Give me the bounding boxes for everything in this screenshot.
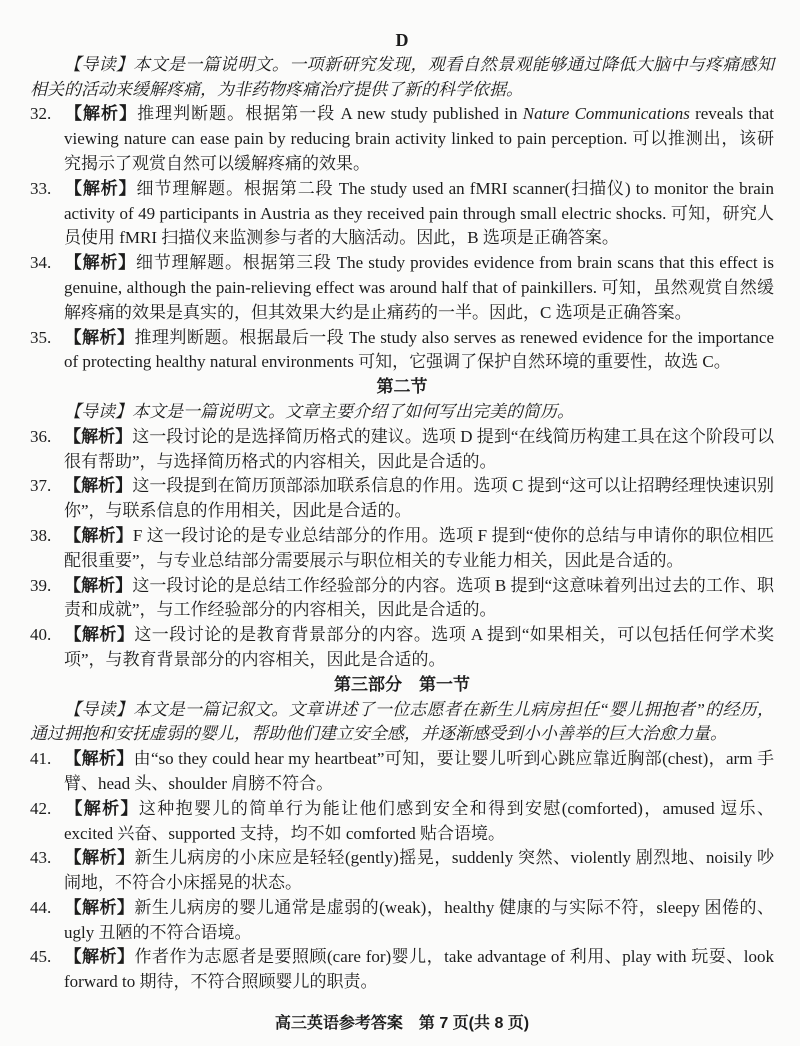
analysis-text-45: 作者作为志愿者是要照顾(care for)婴儿，take advantage o… [64, 947, 774, 991]
item-number-37: 37. [30, 474, 64, 499]
analysis-text-36: 这一段讨论的是选择简历格式的建议。选项 D 提到“在线简历构建工具在这个阶段可以… [64, 427, 774, 471]
journal-name-italic: Nature Communications [523, 104, 690, 123]
analysis-item-34: 34.【解析】细节理解题。根据第三段 The study provides ev… [30, 251, 774, 325]
analysis-text-43: 新生儿病房的小床应是轻轻(gently)摇晃，suddenly 突然、viole… [64, 848, 774, 892]
analysis-label-35: 【解析】 [64, 328, 134, 347]
analysis-label-40: 【解析】 [64, 625, 134, 644]
item-number-41: 41. [30, 747, 64, 772]
analysis-item-35: 35.【解析】推理判断题。根据最后一段 The study also serve… [30, 326, 774, 376]
analysis-text-35: 推理判断题。根据最后一段 The study also serves as re… [64, 328, 774, 372]
analysis-label-32: 【解析】 [64, 104, 137, 123]
analysis-item-32: 32.【解析】推理判断题。根据第一段 A new study published… [30, 102, 774, 176]
analysis-label-43: 【解析】 [64, 848, 135, 867]
intro-resume: 【导读】本文是一篇说明文。文章主要介绍了如何写出完美的简历。 [30, 400, 774, 425]
analysis-text-32-pre: 推理判断题。根据第一段 A new study published in [137, 104, 523, 123]
analysis-text-42: 这种抱婴儿的简单行为能让他们感到安全和得到安慰(comforted)，amuse… [64, 799, 774, 843]
intro-volunteer: 【导读】本文是一篇记叙文。文章讲述了一位志愿者在新生儿病房担任“婴儿拥抱者”的经… [30, 698, 774, 748]
analysis-label-36: 【解析】 [64, 427, 132, 446]
item-number-45: 45. [30, 945, 64, 970]
item-number-43: 43. [30, 846, 64, 871]
item-number-35: 35. [30, 326, 64, 351]
analysis-label-38: 【解析】 [64, 526, 133, 545]
analysis-label-34: 【解析】 [64, 253, 136, 272]
analysis-item-33: 33.【解析】细节理解题。根据第二段 The study used an fMR… [30, 177, 774, 251]
analysis-item-45: 45.【解析】作者作为志愿者是要照顾(care for)婴儿，take adva… [30, 945, 774, 995]
item-number-34: 34. [30, 251, 64, 276]
analysis-text-38: F 这一段讨论的是专业总结部分的作用。选项 F 提到“使你的总结与申请你的职位相… [64, 526, 774, 570]
section-heading-part3: 第三部分 第一节 [30, 673, 774, 698]
analysis-label-39: 【解析】 [64, 576, 132, 595]
item-number-39: 39. [30, 574, 64, 599]
analysis-label-33: 【解析】 [64, 179, 137, 198]
analysis-label-41: 【解析】 [64, 749, 134, 768]
analysis-text-39: 这一段讨论的是总结工作经验部分的内容。选项 B 提到“这意味着列出过去的工作、职… [64, 576, 774, 620]
item-number-42: 42. [30, 797, 64, 822]
analysis-item-39: 39.【解析】这一段讨论的是总结工作经验部分的内容。选项 B 提到“这意味着列出… [30, 574, 774, 624]
analysis-label-37: 【解析】 [64, 476, 132, 495]
item-number-36: 36. [30, 425, 64, 450]
section-heading-2: 第二节 [30, 375, 774, 400]
analysis-text-40: 这一段讨论的是教育背景部分的内容。选项 A 提到“如果相关，可以包括任何学术奖项… [64, 625, 774, 669]
analysis-item-43: 43.【解析】新生儿病房的小床应是轻轻(gently)摇晃，suddenly 突… [30, 846, 774, 896]
analysis-text-44: 新生儿病房的婴儿通常是虚弱的(weak)，healthy 健康的与实际不符，sl… [64, 898, 774, 942]
item-number-40: 40. [30, 623, 64, 648]
analysis-item-37: 37.【解析】这一段提到在简历顶部添加联系信息的作用。选项 C 提到“这可以让招… [30, 474, 774, 524]
analysis-text-34: 细节理解题。根据第三段 The study provides evidence … [64, 253, 774, 322]
analysis-item-36: 36.【解析】这一段讨论的是选择简历格式的建议。选项 D 提到“在线简历构建工具… [30, 425, 774, 475]
analysis-text-37: 这一段提到在简历顶部添加联系信息的作用。选项 C 提到“这可以让招聘经理快速识别… [64, 476, 774, 520]
page-footer: 高三英语参考答案 第 7 页(共 8 页) [30, 1012, 774, 1037]
analysis-item-38: 38.【解析】F 这一段讨论的是专业总结部分的作用。选项 F 提到“使你的总结与… [30, 524, 774, 574]
analysis-item-42: 42.【解析】这种抱婴儿的简单行为能让他们感到安全和得到安慰(comforted… [30, 797, 774, 847]
answer-key-page: D 【导读】本文是一篇说明文。一项新研究发现，观看自然景观能够通过降低大脑中与疼… [0, 0, 800, 1046]
passage-label-d: D [30, 28, 774, 53]
analysis-item-44: 44.【解析】新生儿病房的婴儿通常是虚弱的(weak)，healthy 健康的与… [30, 896, 774, 946]
analysis-item-41: 41.【解析】由“so they could hear my heartbeat… [30, 747, 774, 797]
analysis-text-33: 细节理解题。根据第二段 The study used an fMRI scann… [64, 179, 774, 248]
item-number-38: 38. [30, 524, 64, 549]
analysis-label-42: 【解析】 [64, 799, 139, 818]
item-number-33: 33. [30, 177, 64, 202]
intro-passage-d: 【导读】本文是一篇说明文。一项新研究发现，观看自然景观能够通过降低大脑中与疼痛感… [30, 53, 774, 103]
analysis-item-40: 40.【解析】这一段讨论的是教育背景部分的内容。选项 A 提到“如果相关，可以包… [30, 623, 774, 673]
analysis-text-41: 由“so they could hear my heartbeat”可知，要让婴… [64, 749, 774, 793]
item-number-32: 32. [30, 102, 64, 127]
item-number-44: 44. [30, 896, 64, 921]
analysis-label-44: 【解析】 [64, 898, 134, 917]
analysis-label-45: 【解析】 [64, 947, 135, 966]
